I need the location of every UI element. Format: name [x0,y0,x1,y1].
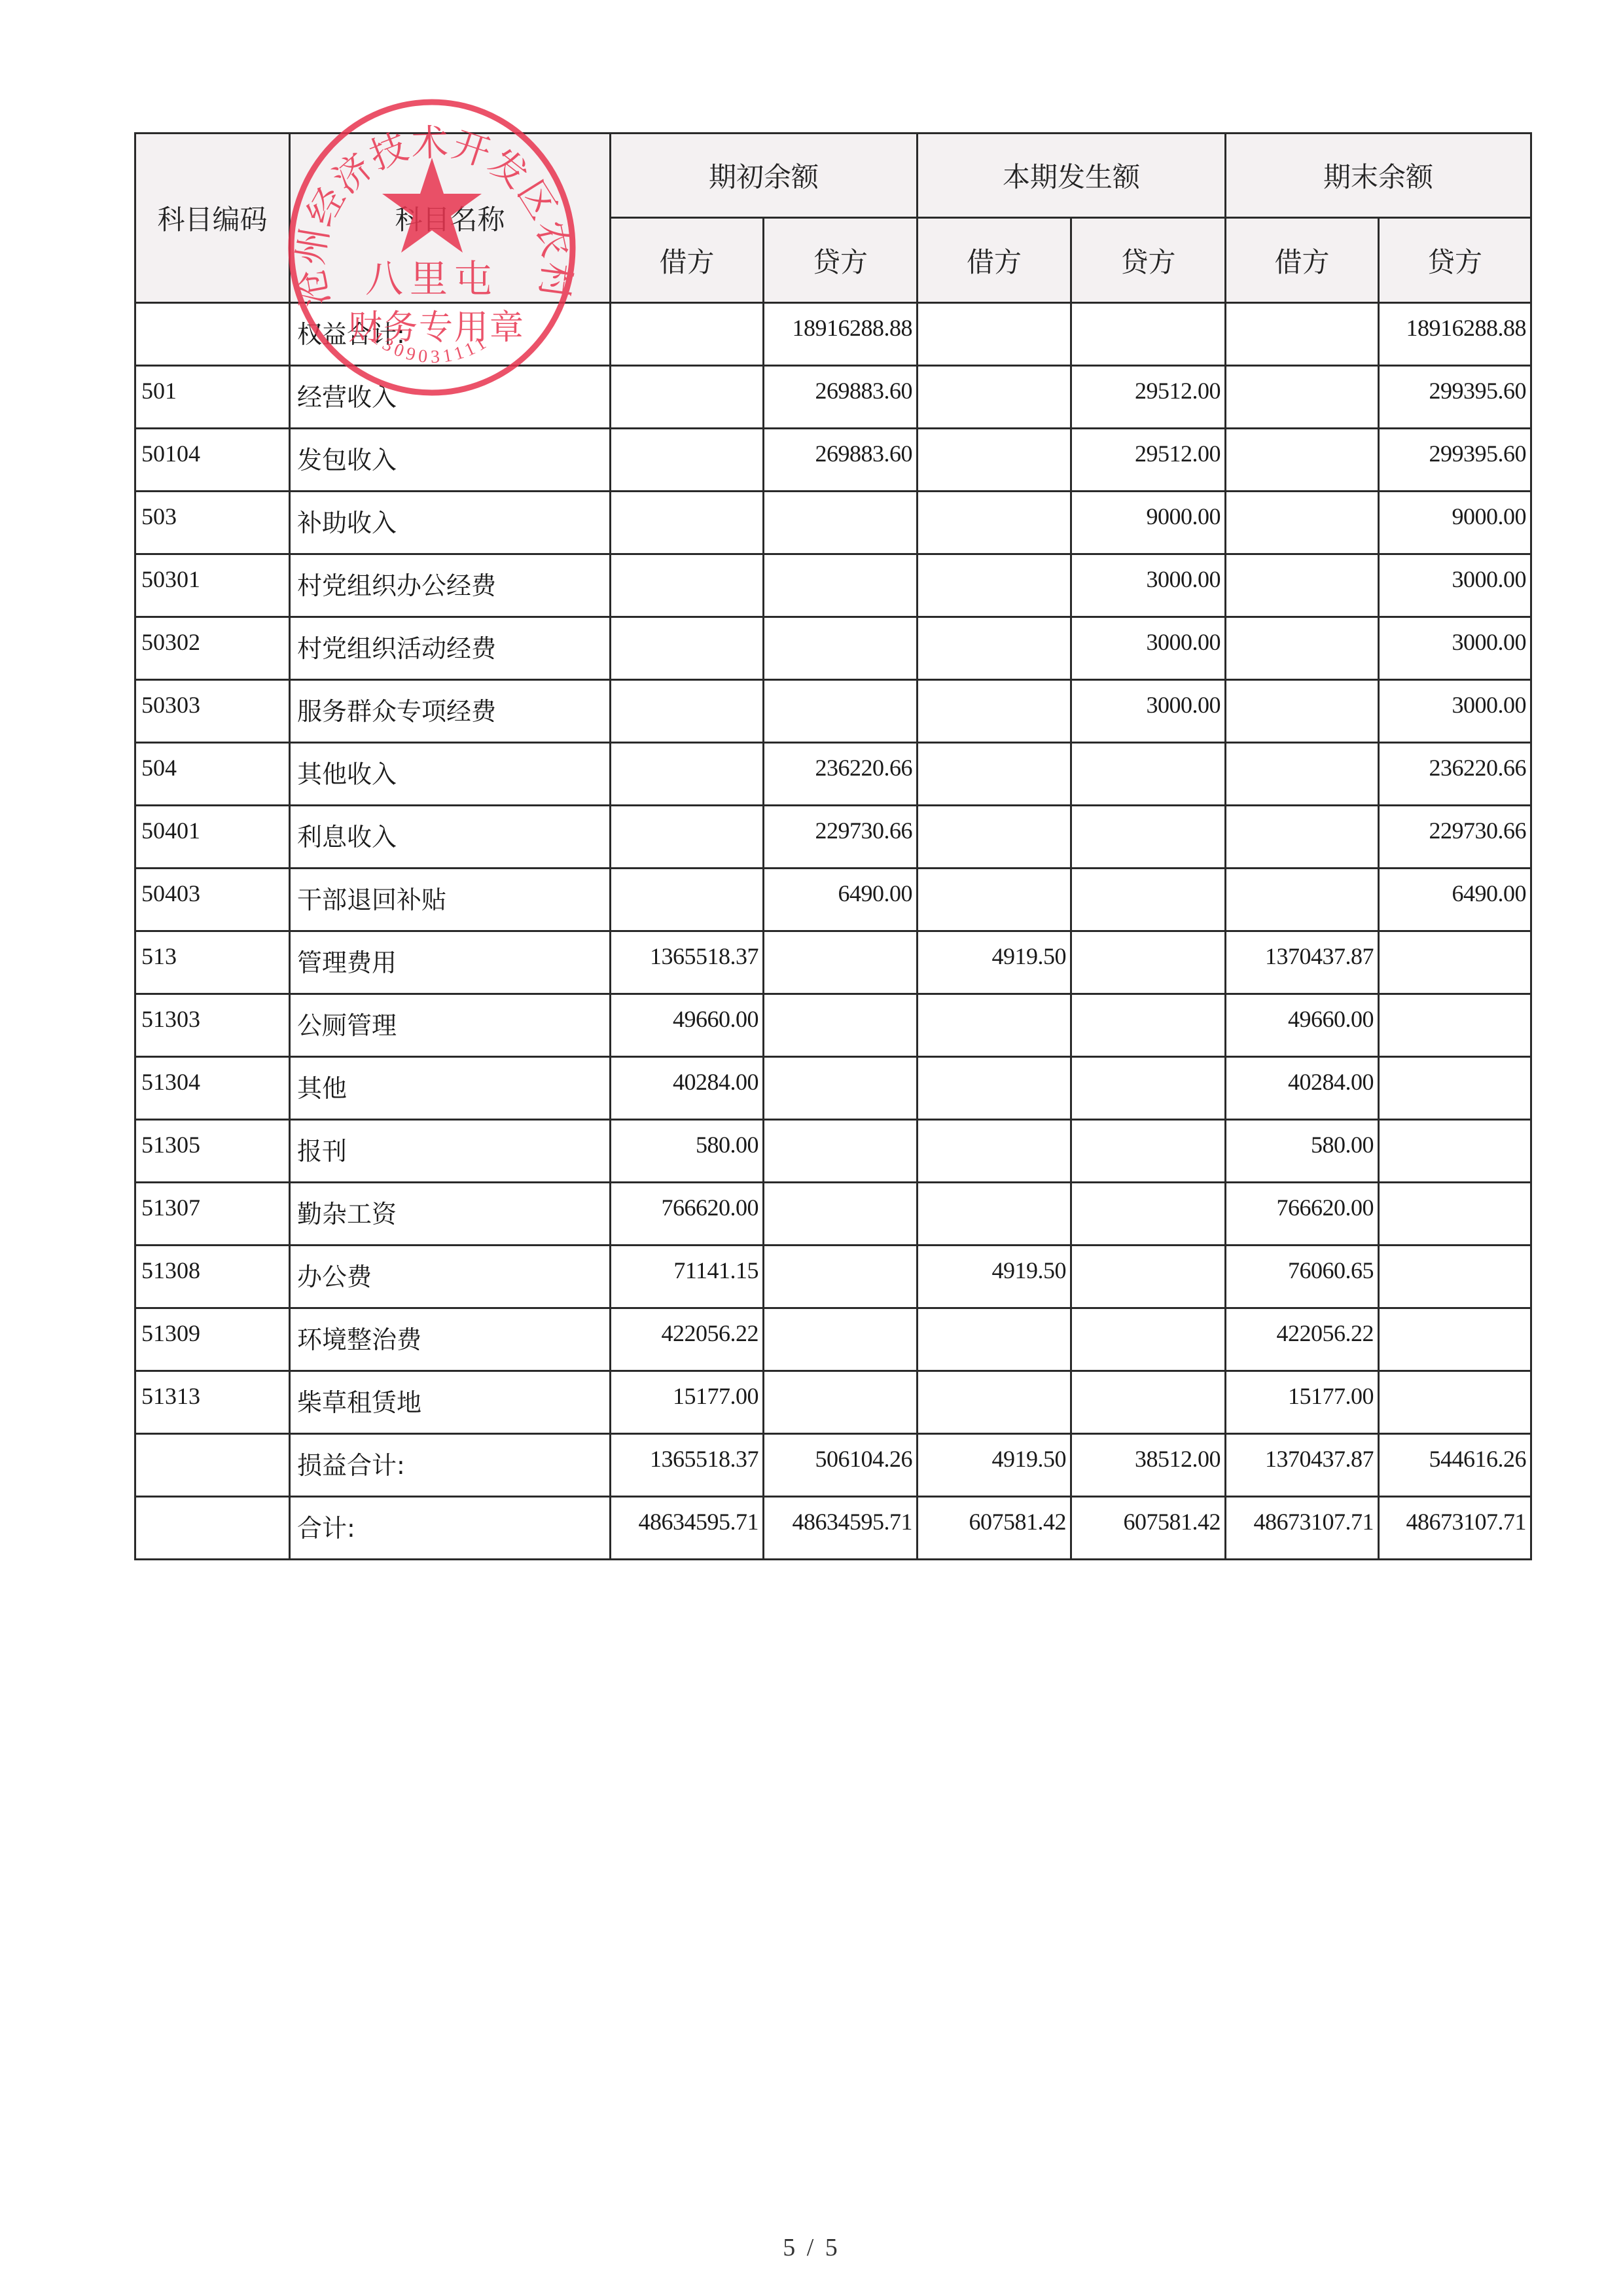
cell-account-code: 50104 [135,429,290,492]
header-current-debit: 借方 [918,218,1071,303]
cell-current-debit [918,366,1071,429]
table-row: 损益合计:1365518.37506104.264919.5038512.001… [135,1434,1531,1497]
cell-current-debit: 4919.50 [918,1434,1071,1497]
cell-opening-credit [764,617,918,680]
cell-account-name: 利息收入 [290,806,611,869]
cell-closing-debit [1226,492,1379,554]
header-account-code: 科目编码 [135,134,290,303]
cell-opening-debit [611,492,764,554]
cell-opening-credit [764,1183,918,1246]
cell-closing-debit: 15177.00 [1226,1371,1379,1434]
cell-closing-credit: 299395.60 [1379,366,1531,429]
table-row: 权益合计:18916288.8818916288.88 [135,303,1531,366]
cell-current-debit [918,680,1071,743]
cell-opening-debit: 1365518.37 [611,1434,764,1497]
cell-current-debit [918,1057,1071,1120]
cell-closing-credit [1379,1308,1531,1371]
cell-current-credit [1071,994,1226,1057]
cell-opening-debit [611,303,764,366]
cell-current-debit: 4919.50 [918,1246,1071,1308]
cell-account-name: 勤杂工资 [290,1183,611,1246]
cell-closing-debit [1226,554,1379,617]
cell-opening-debit [611,680,764,743]
cell-current-credit [1071,1246,1226,1308]
cell-closing-debit: 766620.00 [1226,1183,1379,1246]
cell-account-name: 经营收入 [290,366,611,429]
table-row: 51305报刊580.00580.00 [135,1120,1531,1183]
table-row: 51307勤杂工资766620.00766620.00 [135,1183,1531,1246]
cell-closing-debit [1226,743,1379,806]
cell-closing-credit [1379,1057,1531,1120]
cell-current-credit [1071,931,1226,994]
table-row: 51308办公费71141.154919.5076060.65 [135,1246,1531,1308]
cell-current-debit: 607581.42 [918,1497,1071,1560]
cell-account-code: 50401 [135,806,290,869]
cell-current-credit: 9000.00 [1071,492,1226,554]
cell-account-code: 504 [135,743,290,806]
cell-account-name: 干部退回补贴 [290,869,611,931]
cell-closing-debit [1226,806,1379,869]
table-row: 504其他收入236220.66236220.66 [135,743,1531,806]
cell-account-code: 513 [135,931,290,994]
cell-closing-credit: 6490.00 [1379,869,1531,931]
cell-current-credit [1071,869,1226,931]
cell-closing-credit: 229730.66 [1379,806,1531,869]
cell-current-credit: 38512.00 [1071,1434,1226,1497]
cell-opening-debit: 580.00 [611,1120,764,1183]
table-row: 513管理费用1365518.374919.501370437.87 [135,931,1531,994]
cell-current-credit [1071,1057,1226,1120]
cell-current-debit [918,1120,1071,1183]
cell-account-name: 村党组织办公经费 [290,554,611,617]
cell-closing-credit: 299395.60 [1379,429,1531,492]
cell-closing-debit [1226,366,1379,429]
table-row: 51309环境整治费422056.22422056.22 [135,1308,1531,1371]
cell-current-credit: 3000.00 [1071,617,1226,680]
cell-current-debit: 4919.50 [918,931,1071,994]
cell-closing-credit: 9000.00 [1379,492,1531,554]
cell-closing-debit: 76060.65 [1226,1246,1379,1308]
cell-opening-credit [764,1308,918,1371]
cell-account-name: 报刊 [290,1120,611,1183]
cell-closing-credit: 48673107.71 [1379,1497,1531,1560]
cell-closing-credit: 3000.00 [1379,617,1531,680]
table-row: 50301村党组织办公经费3000.003000.00 [135,554,1531,617]
cell-current-credit: 3000.00 [1071,680,1226,743]
cell-current-credit [1071,303,1226,366]
header-closing-credit: 贷方 [1379,218,1531,303]
cell-current-debit [918,743,1071,806]
cell-closing-debit [1226,303,1379,366]
cell-opening-credit: 18916288.88 [764,303,918,366]
cell-opening-credit [764,554,918,617]
cell-opening-debit [611,617,764,680]
cell-current-debit [918,1308,1071,1371]
table-body: 权益合计:18916288.8818916288.88501经营收入269883… [135,303,1531,1560]
cell-closing-credit [1379,1371,1531,1434]
cell-closing-credit [1379,994,1531,1057]
cell-closing-credit [1379,931,1531,994]
cell-account-name: 环境整治费 [290,1308,611,1371]
cell-opening-credit: 229730.66 [764,806,918,869]
table-row: 50401利息收入229730.66229730.66 [135,806,1531,869]
cell-current-debit [918,994,1071,1057]
cell-opening-credit: 269883.60 [764,429,918,492]
page-number: 5 / 5 [0,2233,1623,2262]
cell-opening-credit [764,680,918,743]
cell-account-name: 柴草租赁地 [290,1371,611,1434]
cell-account-code: 51307 [135,1183,290,1246]
cell-closing-debit: 1370437.87 [1226,1434,1379,1497]
header-opening-balance: 期初余额 [611,134,918,218]
cell-closing-credit: 544616.26 [1379,1434,1531,1497]
cell-closing-credit [1379,1183,1531,1246]
cell-current-credit [1071,1371,1226,1434]
cell-closing-debit: 48673107.71 [1226,1497,1379,1560]
cell-current-credit: 3000.00 [1071,554,1226,617]
cell-account-name: 公厕管理 [290,994,611,1057]
cell-opening-debit [611,869,764,931]
cell-opening-debit [611,743,764,806]
cell-account-code [135,1497,290,1560]
cell-current-credit: 607581.42 [1071,1497,1226,1560]
header-current-period: 本期发生额 [918,134,1226,218]
cell-account-name: 权益合计: [290,303,611,366]
cell-closing-credit [1379,1120,1531,1183]
cell-current-debit [918,617,1071,680]
cell-opening-credit [764,492,918,554]
account-balance-table: 科目编码 科目名称 期初余额 本期发生额 期末余额 借方 贷方 借方 贷方 借方… [134,132,1532,1560]
header-opening-credit: 贷方 [764,218,918,303]
table-row: 50104发包收入269883.6029512.00299395.60 [135,429,1531,492]
cell-account-name: 服务群众专项经费 [290,680,611,743]
cell-opening-debit: 766620.00 [611,1183,764,1246]
cell-account-name: 村党组织活动经费 [290,617,611,680]
cell-opening-debit: 71141.15 [611,1246,764,1308]
table-row: 50302村党组织活动经费3000.003000.00 [135,617,1531,680]
cell-opening-debit: 15177.00 [611,1371,764,1434]
cell-account-name: 办公费 [290,1246,611,1308]
cell-current-debit [918,1371,1071,1434]
cell-opening-credit: 48634595.71 [764,1497,918,1560]
cell-account-code: 50302 [135,617,290,680]
cell-account-name: 补助收入 [290,492,611,554]
cell-opening-credit [764,931,918,994]
cell-closing-debit [1226,680,1379,743]
cell-current-credit: 29512.00 [1071,366,1226,429]
cell-opening-credit [764,994,918,1057]
cell-closing-credit [1379,1246,1531,1308]
cell-current-debit [918,303,1071,366]
cell-account-code: 51303 [135,994,290,1057]
cell-current-credit [1071,806,1226,869]
cell-closing-debit: 40284.00 [1226,1057,1379,1120]
cell-account-name: 损益合计: [290,1434,611,1497]
cell-current-debit [918,1183,1071,1246]
cell-closing-debit [1226,869,1379,931]
cell-closing-debit [1226,617,1379,680]
cell-account-code: 501 [135,366,290,429]
header-account-name: 科目名称 [290,134,611,303]
cell-account-name: 发包收入 [290,429,611,492]
cell-account-code: 50303 [135,680,290,743]
cell-opening-debit [611,366,764,429]
cell-opening-debit: 40284.00 [611,1057,764,1120]
cell-current-credit: 29512.00 [1071,429,1226,492]
cell-account-name: 其他收入 [290,743,611,806]
cell-account-name: 管理费用 [290,931,611,994]
cell-opening-debit: 49660.00 [611,994,764,1057]
cell-opening-debit: 1365518.37 [611,931,764,994]
cell-account-name: 其他 [290,1057,611,1120]
cell-account-code: 50403 [135,869,290,931]
cell-opening-debit [611,429,764,492]
cell-closing-credit: 236220.66 [1379,743,1531,806]
cell-closing-credit: 3000.00 [1379,554,1531,617]
cell-opening-debit: 48634595.71 [611,1497,764,1560]
header-closing-balance: 期末余额 [1226,134,1531,218]
cell-account-code: 51305 [135,1120,290,1183]
cell-opening-credit: 506104.26 [764,1434,918,1497]
cell-account-code: 503 [135,492,290,554]
cell-opening-credit: 6490.00 [764,869,918,931]
cell-current-debit [918,869,1071,931]
table-row: 501经营收入269883.6029512.00299395.60 [135,366,1531,429]
cell-closing-debit: 422056.22 [1226,1308,1379,1371]
table-row: 50403干部退回补贴6490.006490.00 [135,869,1531,931]
cell-account-code: 51313 [135,1371,290,1434]
cell-closing-credit: 3000.00 [1379,680,1531,743]
cell-current-debit [918,806,1071,869]
cell-account-code: 50301 [135,554,290,617]
cell-opening-credit: 236220.66 [764,743,918,806]
cell-current-credit [1071,1183,1226,1246]
cell-closing-debit [1226,429,1379,492]
table-row: 合计:48634595.7148634595.71607581.42607581… [135,1497,1531,1560]
table-row: 50303服务群众专项经费3000.003000.00 [135,680,1531,743]
table-row: 51304其他40284.0040284.00 [135,1057,1531,1120]
cell-account-code: 51308 [135,1246,290,1308]
header-opening-debit: 借方 [611,218,764,303]
cell-current-credit [1071,1120,1226,1183]
cell-current-debit [918,429,1071,492]
cell-account-code: 51309 [135,1308,290,1371]
cell-opening-debit: 422056.22 [611,1308,764,1371]
cell-current-credit [1071,743,1226,806]
table-row: 51303公厕管理49660.0049660.00 [135,994,1531,1057]
cell-opening-debit [611,806,764,869]
cell-account-name: 合计: [290,1497,611,1560]
cell-opening-credit [764,1057,918,1120]
cell-opening-credit: 269883.60 [764,366,918,429]
cell-closing-debit: 49660.00 [1226,994,1379,1057]
cell-opening-credit [764,1120,918,1183]
cell-opening-credit [764,1246,918,1308]
cell-closing-debit: 1370437.87 [1226,931,1379,994]
cell-closing-credit: 18916288.88 [1379,303,1531,366]
table-row: 51313柴草租赁地15177.0015177.00 [135,1371,1531,1434]
cell-opening-debit [611,554,764,617]
cell-current-debit [918,554,1071,617]
table-row: 503补助收入9000.009000.00 [135,492,1531,554]
cell-account-code [135,1434,290,1497]
cell-account-code: 51304 [135,1057,290,1120]
cell-opening-credit [764,1371,918,1434]
header-closing-debit: 借方 [1226,218,1379,303]
cell-current-debit [918,492,1071,554]
header-current-credit: 贷方 [1071,218,1226,303]
cell-account-code [135,303,290,366]
cell-current-credit [1071,1308,1226,1371]
cell-closing-debit: 580.00 [1226,1120,1379,1183]
